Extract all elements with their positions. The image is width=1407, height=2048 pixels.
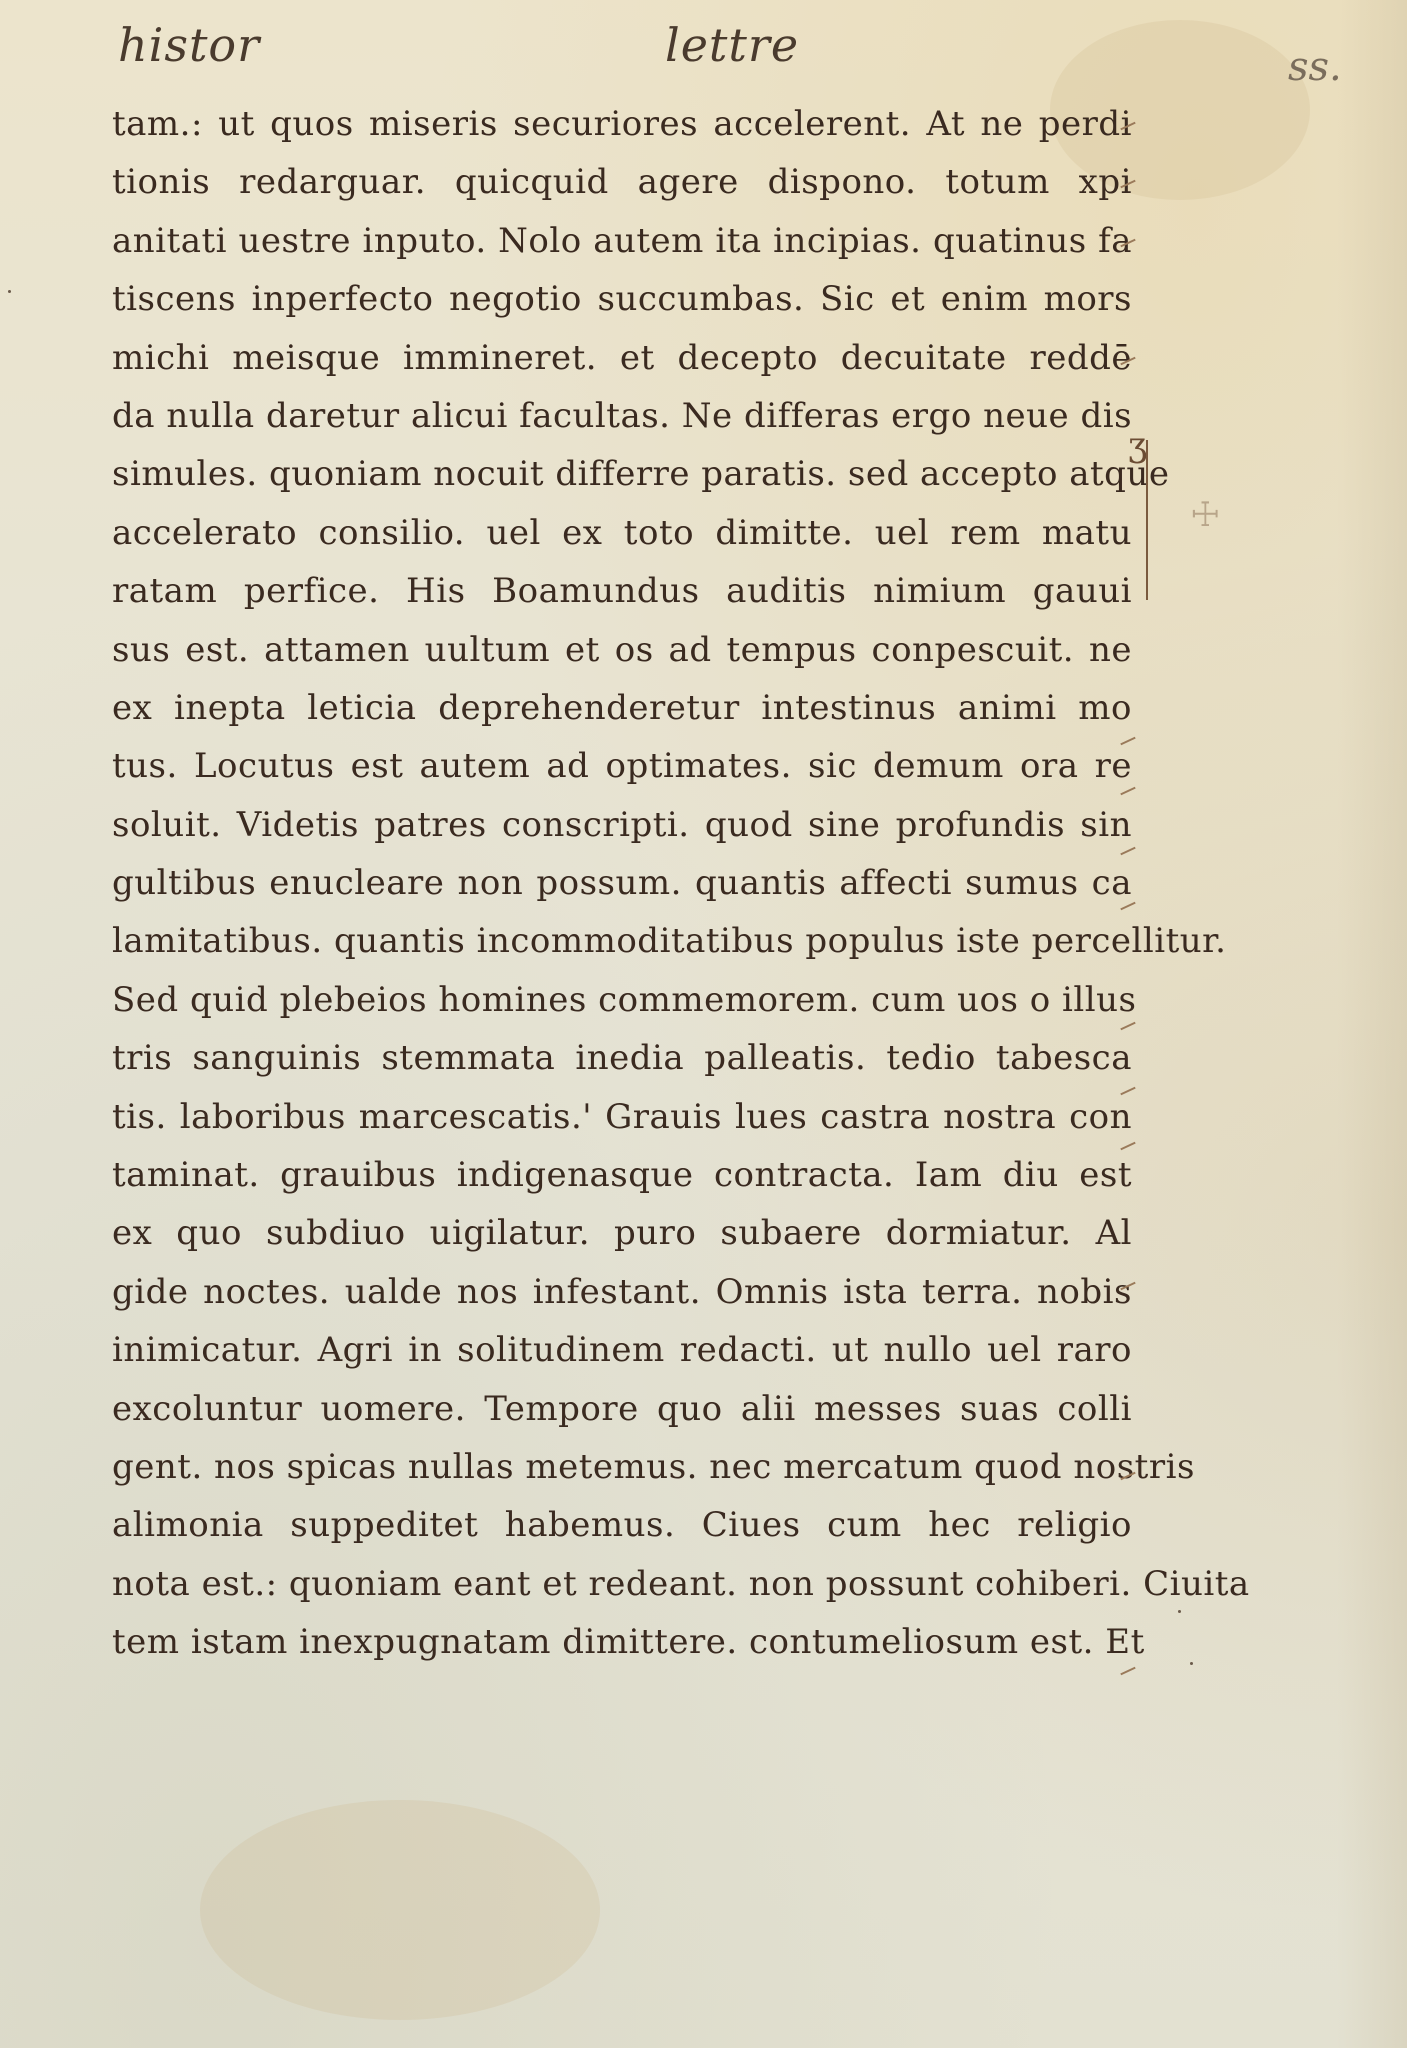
- text-line: anitati uestre inputo. Nolo autem ita in…: [112, 212, 1132, 270]
- text-column: tam.: ut quos miseris securiores acceler…: [112, 95, 1132, 1672]
- text-line: inimicatur. Agri in solitudinem redacti.…: [112, 1321, 1132, 1379]
- text-line: gide noctes. ualde nos infestant. Omnis …: [112, 1263, 1132, 1321]
- text-line: tionis redarguar. quicquid agere dispono…: [112, 153, 1132, 211]
- text-line: nota est.: quoniam eant et redeant. non …: [112, 1555, 1132, 1613]
- text-line: Sed quid plebeios homines commemorem. cu…: [112, 971, 1132, 1029]
- text-line: tiscens inperfecto negotio succumbas. Si…: [112, 270, 1132, 328]
- page-edge-shadow: [1337, 0, 1407, 2048]
- text-line: tem istam inexpugnatam dimittere. contum…: [112, 1613, 1132, 1671]
- text-line: tis. laboribus marcescatis.' Grauis lues…: [112, 1088, 1132, 1146]
- text-line: ex inepta leticia deprehenderetur intest…: [112, 679, 1132, 737]
- margin-dot: [1190, 1662, 1193, 1665]
- text-line: ex quo subdiuo uigilatur. puro subaere d…: [112, 1204, 1132, 1262]
- text-line: excoluntur uomere. Tempore quo alii mess…: [112, 1380, 1132, 1438]
- text-line: accelerato consilio. uel ex toto dimitte…: [112, 504, 1132, 562]
- text-line: soluit. Videtis patres conscripti. quod …: [112, 796, 1132, 854]
- text-line: alimonia suppeditet habemus. Ciues cum h…: [112, 1496, 1132, 1554]
- margin-dot: [8, 290, 11, 293]
- margin-dot: [1178, 1610, 1181, 1613]
- text-line: gultibus enucleare non possum. quantis a…: [112, 854, 1132, 912]
- parchment-stain: [200, 1800, 600, 2020]
- text-line: ratam perfice. His Boamundus auditis nim…: [112, 562, 1132, 620]
- text-line: michi meisque immineret. et decepto decu…: [112, 329, 1132, 387]
- text-line: da nulla daretur alicui facultas. Ne dif…: [112, 387, 1132, 445]
- text-line: tus. Locutus est autem ad optimates. sic…: [112, 737, 1132, 795]
- text-line: tris sanguinis stemmata inedia palleatis…: [112, 1029, 1132, 1087]
- text-line: gent. nos spicas nullas metemus. nec mer…: [112, 1438, 1132, 1496]
- text-line: tam.: ut quos miseris securiores acceler…: [112, 95, 1132, 153]
- folio-number: ss.: [1288, 44, 1342, 90]
- running-head-left: histor: [118, 18, 260, 72]
- marginal-bracket: [1138, 440, 1148, 600]
- nota-cross-icon: ☩: [1190, 495, 1220, 535]
- manuscript-folio: histor lettre ss. tam.: ut quos miseris …: [0, 0, 1407, 2048]
- text-line: lamitatibus. quantis incommoditatibus po…: [112, 912, 1132, 970]
- text-line: simules. quoniam nocuit differre paratis…: [112, 445, 1132, 503]
- running-head-center: lettre: [665, 18, 799, 72]
- text-line: sus est. attamen uultum et os ad tempus …: [112, 621, 1132, 679]
- text-line: taminat. grauibus indigenasque contracta…: [112, 1146, 1132, 1204]
